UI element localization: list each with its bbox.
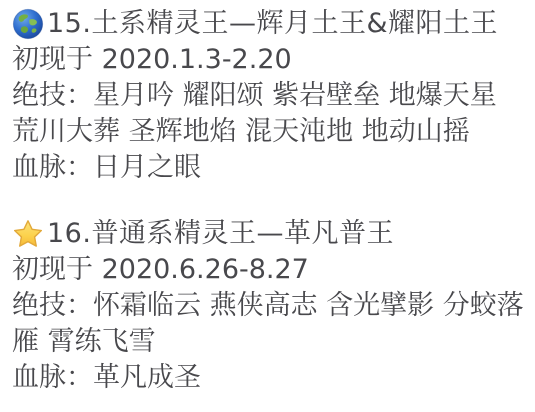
debut-line: 初现于 2020.6.26-8.27 <box>12 252 525 288</box>
bloodline-line: 血脉：革凡成圣 <box>12 360 525 396</box>
entry-title: 15.土系精灵王—辉月土王&耀阳土王 <box>47 6 498 42</box>
skills-line-2: 荒川大葬 圣辉地焰 混天沌地 地动山摇 <box>12 114 525 150</box>
entry-title: 16.普通系精灵王—革凡普王 <box>47 216 394 252</box>
spirit-king-entry-15: 15.土系精灵王—辉月土王&耀阳土王 初现于 2020.1.3-2.20 绝技：… <box>12 6 525 186</box>
skills-line-1: 绝技：怀霜临云 燕侠高志 含光擘影 分蛟落 <box>12 288 525 324</box>
debut-line: 初现于 2020.1.3-2.20 <box>12 42 525 78</box>
spirit-king-entry-16: 16.普通系精灵王—革凡普王 初现于 2020.6.26-8.27 绝技：怀霜临… <box>12 216 525 396</box>
entry-title-line: 15.土系精灵王—辉月土王&耀阳土王 <box>12 6 525 42</box>
bloodline-line: 血脉：日月之眼 <box>12 150 525 186</box>
entry-title-line: 16.普通系精灵王—革凡普王 <box>12 216 525 252</box>
globe-icon <box>12 8 44 40</box>
skills-line-1: 绝技：星月吟 耀阳颂 紫岩壁垒 地爆天星 <box>12 78 525 114</box>
article-page: 15.土系精灵王—辉月土王&耀阳土王 初现于 2020.1.3-2.20 绝技：… <box>0 0 535 412</box>
skills-line-2: 雁 霄练飞雪 <box>12 324 525 360</box>
star-icon <box>12 218 44 250</box>
